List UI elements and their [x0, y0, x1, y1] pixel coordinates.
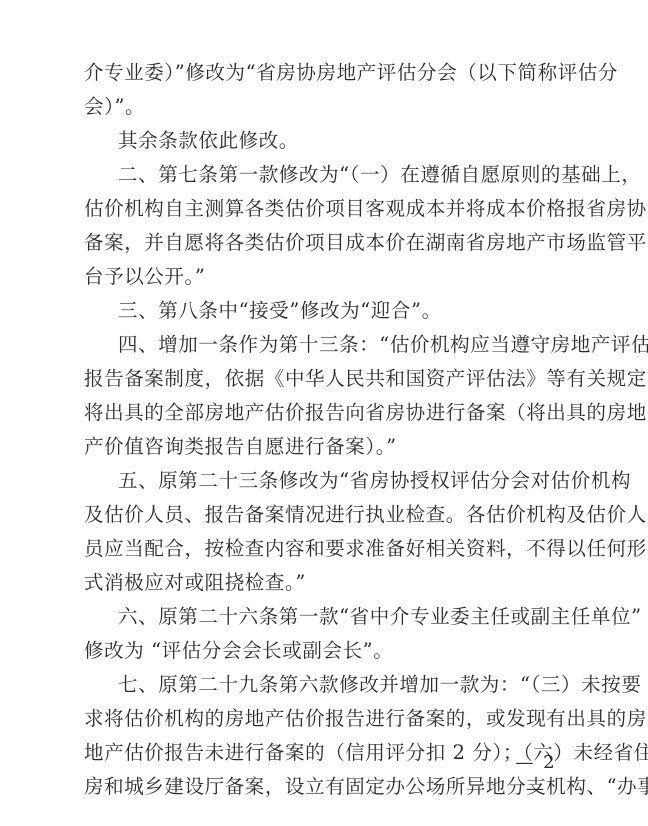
- paragraph-article-23-start: 五、原第二十三条修改为“省房协授权评估分会对估价机构: [84, 464, 566, 498]
- paragraph-article-13-start: 四、增加一条作为第十三条：“估价机构应当遵守房地产评估: [84, 328, 566, 362]
- paragraph-remaining-clauses: 其余条款依此修改。: [84, 124, 566, 158]
- text-line: 求将估价机构的房地产估价报告进行备案的，或发现有出具的房: [84, 702, 566, 736]
- text-line: 及估价人员、报告备案情况进行执业检查。各估价机构及估价人: [84, 498, 566, 532]
- page-number: — 2 —: [506, 750, 566, 802]
- text-line: 产价值咨询类报告自愿进行备案）。”: [84, 430, 566, 464]
- paragraph-article-7-start: 二、第七条第一款修改为“（一）在遵循自愿原则的基础上，: [84, 158, 566, 192]
- document-page: 介专业委）”修改为“省房协房地产评估分会（以下简称评估分 会）”。 其余条款依此…: [0, 0, 648, 826]
- text-line: 台予以公开。”: [84, 260, 566, 294]
- text-line: 地产估价报告未进行备案的（信用评分扣 2 分）；（六）未经省住: [84, 736, 566, 770]
- text-line: 修改为 “评估分会会长或副会长”。: [84, 634, 566, 668]
- text-line: 将出具的全部房地产估价报告向省房协进行备案（将出具的房地: [84, 396, 566, 430]
- text-line: 房和城乡建设厅备案，设立有固定办公场所异地分支机构、“办事: [84, 770, 566, 804]
- text-line: 会）”。: [84, 90, 566, 124]
- text-line: 估价机构自主测算各类估价项目客观成本并将成本价格报省房协: [84, 192, 566, 226]
- paragraph-article-29-start: 七、原第二十九条第六款修改并增加一款为：“（三）未按要: [84, 668, 566, 702]
- text-line: 报告备案制度，依据《中华人民共和国资产评估法》等有关规定，: [84, 362, 566, 396]
- paragraph-article-26-start: 六、原第二十六条第一款“省中介专业委主任或副主任单位”: [84, 600, 566, 634]
- text-line: 式消极应对或阻挠检查。”: [84, 566, 566, 600]
- text-line: 介专业委）”修改为“省房协房地产评估分会（以下简称评估分: [84, 56, 566, 90]
- paragraph-article-8: 三、第八条中“接受”修改为“迎合”。: [84, 294, 566, 328]
- text-line: 备案，并自愿将各类估价项目成本价在湖南省房地产市场监管平: [84, 226, 566, 260]
- document-body: 介专业委）”修改为“省房协房地产评估分会（以下简称评估分 会）”。 其余条款依此…: [84, 56, 566, 804]
- text-line: 员应当配合，按检查内容和要求准备好相关资料，不得以任何形: [84, 532, 566, 566]
